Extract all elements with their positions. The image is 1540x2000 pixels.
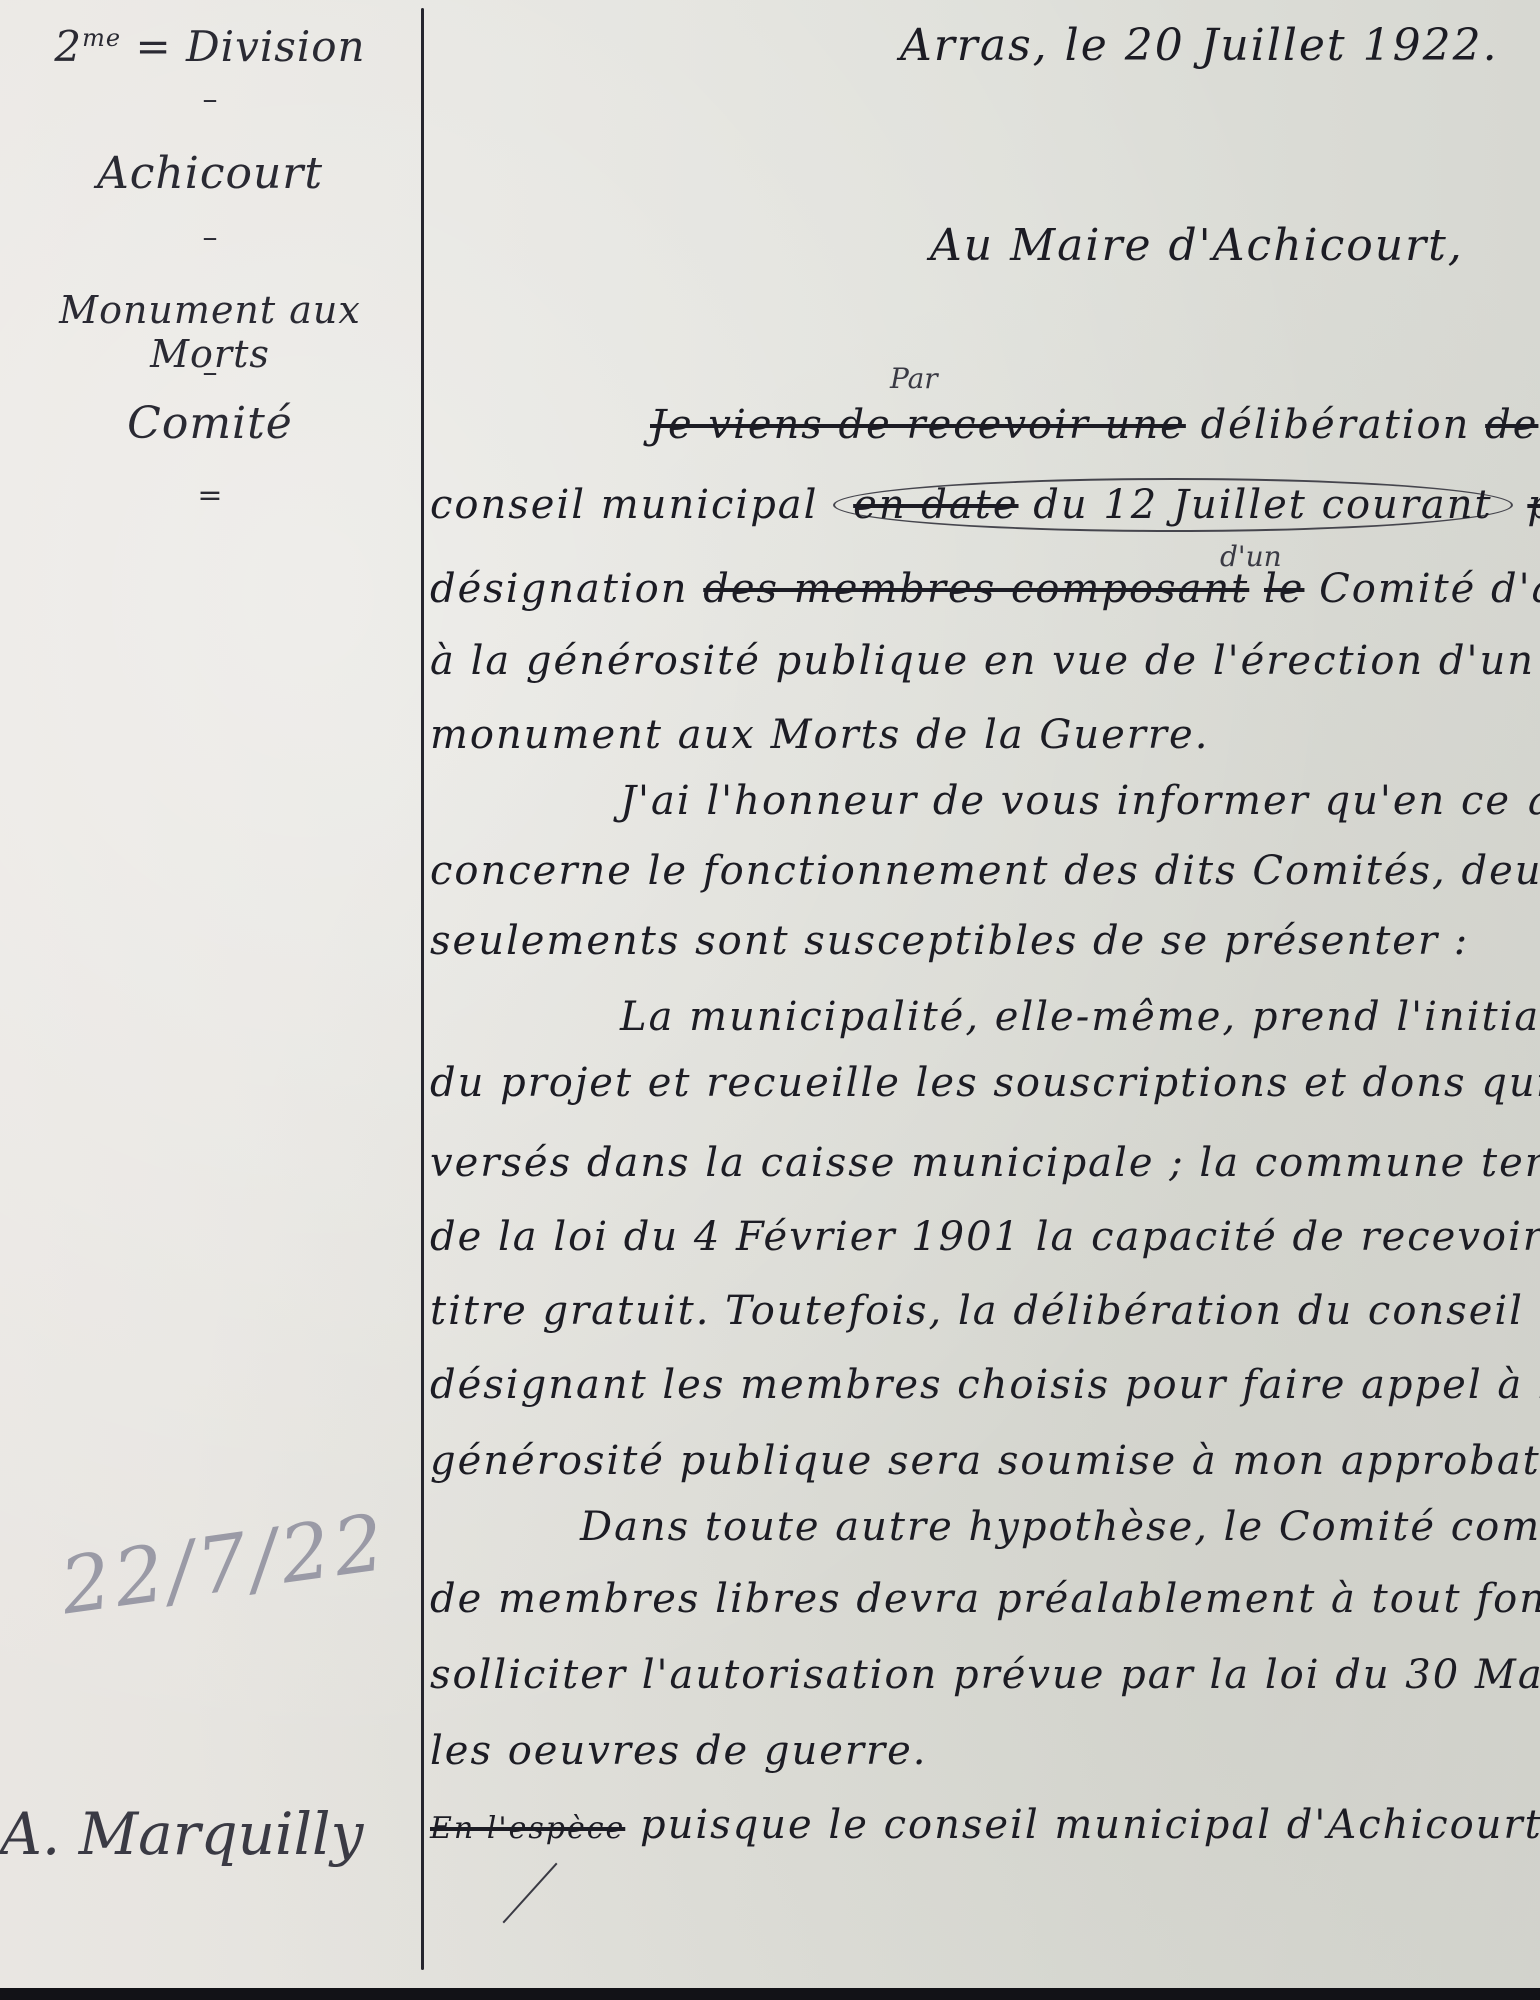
place-date: Arras, le 20 Juillet 1922. xyxy=(900,20,1499,71)
letter-page: 2me = Division – Achicourt – Monument au… xyxy=(0,0,1540,1988)
body-line: générosité publique sera soumise à mon a… xyxy=(430,1438,1540,1484)
body-line: à la générosité publique en vue de l'ére… xyxy=(430,638,1535,684)
struck-prefix: En l'espèce xyxy=(430,1811,625,1846)
margin-separator: – xyxy=(0,82,420,117)
body-line: monument aux Morts de la Guerre. xyxy=(430,712,1209,758)
margin-separator: – xyxy=(0,355,420,390)
body-line: J'ai l'honneur de vous informer qu'en ce… xyxy=(620,778,1540,824)
margin-divider-line xyxy=(421,8,424,1970)
body-line: versés dans la caisse municipale ; la co… xyxy=(430,1140,1540,1186)
margin-section: Comité xyxy=(0,398,420,449)
body-line-last: En l'espèce puisque le conseil municipal… xyxy=(430,1802,1540,1848)
body-line-2: conseil municipal en date du 12 Juillet … xyxy=(430,478,1540,532)
body-line-3: désignation des membres composant le Com… xyxy=(430,566,1540,612)
body-line: concerne le fonctionnement des dits Comi… xyxy=(430,848,1540,894)
struck-text: des membres composant xyxy=(703,566,1249,612)
page-bottom-shadow xyxy=(0,1988,1540,2000)
struck-text: portant xyxy=(1527,482,1540,528)
margin-column: 2me = Division – Achicourt – Monument au… xyxy=(0,0,420,1988)
body-line: seulements sont susceptibles de se prése… xyxy=(430,918,1469,964)
struck-text: Je viens de recevoir une xyxy=(650,402,1186,448)
struck-text: de xyxy=(1485,402,1538,448)
body-line: solliciter l'autorisation prévue par la … xyxy=(430,1652,1540,1698)
letter-body: Arras, le 20 Juillet 1922. Au Maire d'Ac… xyxy=(430,0,1540,1988)
margin-separator: = xyxy=(0,478,420,513)
body-line: du projet et recueille les souscriptions… xyxy=(430,1060,1540,1106)
struck-text: le xyxy=(1264,566,1304,612)
pencil-date-annotation: 22/7/22 xyxy=(55,1498,393,1633)
circled-phrase: en date du 12 Juillet courant xyxy=(833,478,1512,532)
body-line: titre gratuit. Toutefois, la délibératio… xyxy=(430,1288,1540,1334)
margin-commune: Achicourt xyxy=(0,148,420,199)
recipient: Au Maire d'Achicourt, xyxy=(930,220,1464,271)
body-line: de la loi du 4 Février 1901 la capacité … xyxy=(430,1214,1540,1260)
signature: A. Marquilly xyxy=(0,1800,363,1868)
body-line: de membres libres devra préalablement à … xyxy=(430,1576,1540,1622)
insertion-par: Par xyxy=(890,362,938,395)
body-line: les oeuvres de guerre. xyxy=(430,1728,928,1774)
paraph-stroke xyxy=(502,1863,557,1924)
margin-separator: – xyxy=(0,220,420,255)
body-line: désignant les membres choisis pour faire… xyxy=(430,1362,1540,1408)
body-line: Dans toute autre hypothèse, le Comité co… xyxy=(580,1504,1540,1550)
body-line-1: Je viens de recevoir une délibération de… xyxy=(650,402,1540,448)
margin-division: 2me = Division xyxy=(0,22,420,71)
body-line: La municipalité, elle-même, prend l'init… xyxy=(620,994,1540,1040)
